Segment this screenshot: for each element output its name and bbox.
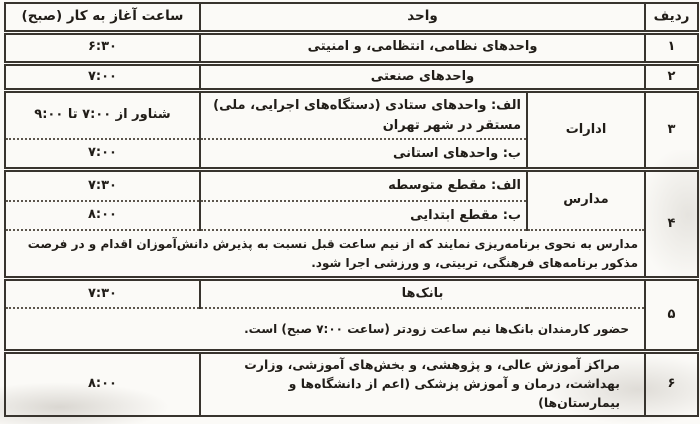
table-row: ۱ واحدهای نظامی، انتظامی، و امنیتی ۶:۳۰	[5, 32, 698, 63]
table-row: ۵ بانک‌ها ۷:۳۰	[5, 279, 698, 308]
time-cell: شناور از ۷:۰۰ تا ۹:۰۰	[5, 91, 200, 139]
time-cell: ۷:۰۰	[5, 63, 200, 91]
unit-cell: مراکز آموزش عالی، و پژوهشی، و بخش‌های آم…	[200, 352, 645, 416]
note-cell: حضور کارمندان بانک‌ها نیم ساعت زودتر (سا…	[5, 308, 645, 352]
time-cell: ۷:۳۰	[5, 170, 200, 201]
table-note-row: مدارس به نحوی برنامه‌ریزی نمایند که از ن…	[5, 230, 698, 279]
work-start-times-table: ردیف واحد ساعت آغاز به کار (صبح) ۱ واحده…	[4, 2, 699, 417]
unit-cell: ب: مقطع ابتدایی	[200, 201, 527, 230]
table-header-row: ردیف واحد ساعت آغاز به کار (صبح)	[5, 3, 698, 32]
rank-column-header: ردیف	[645, 3, 698, 32]
table-row: ۲ واحدهای صنعتی ۷:۰۰	[5, 63, 698, 91]
table-row: ۴ مدارس الف: مقطع متوسطه ۷:۳۰	[5, 170, 698, 201]
time-cell: ۷:۳۰	[5, 279, 200, 308]
unit-column-header: واحد	[200, 3, 645, 32]
row-number-cell: ۶	[645, 352, 698, 416]
table-note-row: حضور کارمندان بانک‌ها نیم ساعت زودتر (سا…	[5, 308, 698, 352]
time-cell: ۷:۰۰	[5, 139, 200, 170]
table-row: ۶ مراکز آموزش عالی، و پژوهشی، و بخش‌های …	[5, 352, 698, 416]
unit-cell: واحدهای نظامی، انتظامی، و امنیتی	[200, 32, 645, 63]
time-column-header: ساعت آغاز به کار (صبح)	[5, 3, 200, 32]
unit-cell: بانک‌ها	[200, 279, 645, 308]
category-cell: ادارات	[527, 91, 645, 170]
row-number-cell: ۳	[645, 91, 698, 170]
category-cell: مدارس	[527, 170, 645, 230]
scanned-document-page: { "colors": { "paper": "#fbfaf7", "line"…	[0, 0, 700, 424]
time-cell: ۶:۳۰	[5, 32, 200, 63]
row-number-cell: ۴	[645, 170, 698, 279]
unit-cell: الف: مقطع متوسطه	[200, 170, 527, 201]
unit-cell: واحدهای صنعتی	[200, 63, 645, 91]
unit-cell: الف: واحدهای ستادی (دستگاه‌های اجرایی، م…	[200, 91, 527, 139]
note-cell: مدارس به نحوی برنامه‌ریزی نمایند که از ن…	[5, 230, 645, 279]
time-cell: ۸:۰۰	[5, 201, 200, 230]
row-number-cell: ۵	[645, 279, 698, 352]
row-number-cell: ۲	[645, 63, 698, 91]
row-number-cell: ۱	[645, 32, 698, 63]
time-cell: ۸:۰۰	[5, 352, 200, 416]
unit-cell: ب: واحدهای استانی	[200, 139, 527, 170]
table-row: ۳ ادارات الف: واحدهای ستادی (دستگاه‌های …	[5, 91, 698, 139]
